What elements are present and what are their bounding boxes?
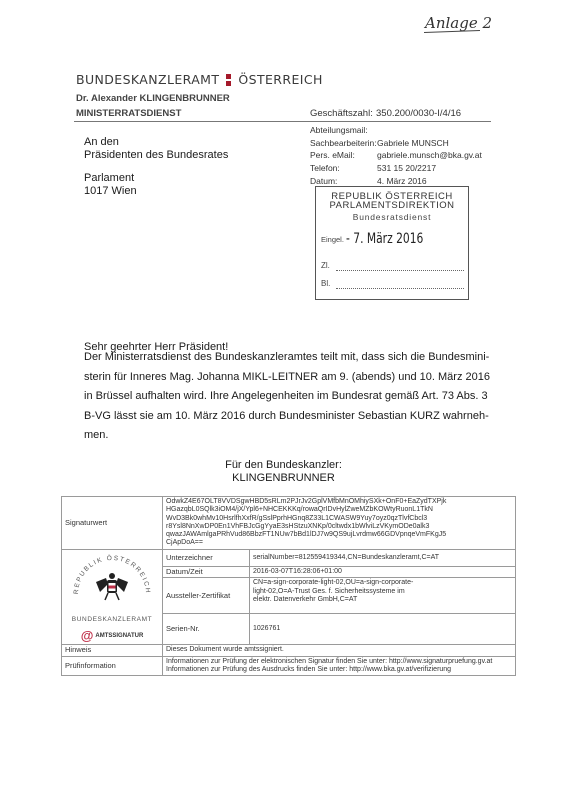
- contact-label: Sachbearbeiterin:: [310, 138, 377, 148]
- contact-row: Pers. eMail: gabriele.munsch@bka.gv.at: [310, 149, 482, 162]
- signature-for: Für den Bundeskanzler:: [0, 459, 567, 472]
- contact-label: Datum:: [310, 176, 377, 186]
- unterzeichner-label: Unterzeichner: [163, 549, 250, 566]
- brand-colon-icon: [226, 74, 231, 86]
- stamp-bl-line: [336, 288, 464, 289]
- contact-email: gabriele.munsch@bka.gv.at: [377, 150, 482, 160]
- body-line: men.: [84, 426, 508, 446]
- table-row: REPUBLIK ÖSTERREICH BUNDESKANZLERAMT @ A…: [62, 549, 516, 566]
- receipt-stamp: REPUBLIK ÖSTERREICH PARLAMENTSDIREKTION …: [315, 186, 469, 300]
- letter-date: 4. März 2016: [377, 176, 427, 186]
- contact-row: Telefon: 531 15 20/2217: [310, 162, 482, 175]
- seal-cell: REPUBLIK ÖSTERREICH BUNDESKANZLERAMT @ A…: [62, 549, 163, 645]
- signature-table: Signaturwert OdwkZ4E67OLT8VVDSgwHBD5sRLm…: [61, 496, 516, 676]
- hinweis-label: Hinweis: [62, 645, 163, 656]
- signaturwert-line: OdwkZ4E67OLT8VVDSgwHBD5sRLm2PJrJv2GplVMf…: [166, 498, 512, 506]
- stamp-received-label: Eingel.: [321, 235, 344, 244]
- brand-left: BUNDESKANZLERAMT: [76, 72, 219, 87]
- body-line: in Brüssel aufhalten wird. Ihre Angelege…: [84, 387, 508, 407]
- stamp-bl-label: Bl.: [321, 279, 330, 288]
- signaturwert-value: OdwkZ4E67OLT8VVDSgwHBD5sRLm2PJrJv2GplVMf…: [163, 497, 516, 550]
- recipient-line: Präsidenten des Bundesrates: [84, 149, 228, 162]
- unterzeichner-value: serialNumber=812559419344,CN=Bundeskanzl…: [250, 549, 516, 566]
- letterhead-brand: BUNDESKANZLERAMT ÖSTERREICH: [76, 72, 323, 87]
- datum-zeit-label: Datum/Zeit: [163, 567, 250, 578]
- letter-body: Der Ministerratsdienst des Bundeskanzler…: [84, 348, 508, 446]
- signature-block: Für den Bundeskanzler: KLINGENBRUNNER: [0, 459, 567, 484]
- seal-name: BUNDESKANZLERAMT: [62, 616, 162, 624]
- signature-name: KLINGENBRUNNER: [0, 472, 567, 485]
- table-row: Signaturwert OdwkZ4E67OLT8VVDSgwHBD5sRLm…: [62, 497, 516, 550]
- signaturwert-label: Signaturwert: [62, 497, 163, 550]
- stamp-received-date: - 7. März 2016: [346, 231, 423, 247]
- brand-right: ÖSTERREICH: [238, 72, 322, 87]
- datum-zeit-value: 2016-03-07T16:28:06+01:00: [250, 567, 516, 578]
- contact-row: Abteilungsmail:: [310, 124, 482, 137]
- stamp-line: PARLAMENTSDIREKTION: [316, 201, 468, 210]
- stamp-subtitle: Bundesratsdienst: [316, 212, 468, 222]
- aussteller-label: Aussteller-Zertifikat: [163, 578, 250, 613]
- recipient-line: 1017 Wien: [84, 185, 228, 198]
- body-line: B-VG lässt sie am 10. März 2016 durch Bu…: [84, 407, 508, 427]
- austrian-eagle-seal-icon: REPUBLIK ÖSTERREICH: [68, 552, 156, 612]
- reference-label: Geschäftszahl:: [310, 108, 373, 119]
- hinweis-value: Dieses Dokument wurde amtssigniert.: [163, 645, 516, 656]
- signaturwert-line: WvD3Bk0whMv10HsrlfhXxfR/gSslPprhHGnq8Z33…: [166, 515, 512, 523]
- amtssignatur-label: AMTSSIGNATUR: [95, 632, 143, 640]
- contact-phone: 531 15 20/2217: [377, 163, 436, 173]
- body-line: sterin für Inneres Mag. Johanna MIKL-LEI…: [84, 368, 508, 388]
- recipient-line: An den: [84, 136, 228, 149]
- body-line: Der Ministerratsdienst des Bundeskanzler…: [84, 348, 508, 368]
- recipient-address: An den Präsidenten des Bundesrates Parla…: [84, 136, 228, 197]
- stamp-zl-line: [336, 270, 464, 271]
- pruefinformation-label: Prüfinformation: [62, 656, 163, 676]
- contact-label: Abteilungsmail:: [310, 125, 377, 135]
- contact-label: Pers. eMail:: [310, 150, 377, 160]
- contact-row: Sachbearbeiterin: Gabriele MUNSCH: [310, 137, 482, 150]
- at-sign-icon: @: [81, 630, 94, 642]
- amtssignatur-logo: @ AMTSSIGNATUR: [62, 630, 162, 642]
- header-divider: [74, 121, 491, 122]
- contact-label: Telefon:: [310, 163, 377, 173]
- table-row: Hinweis Dieses Dokument wurde amtssignie…: [62, 645, 516, 656]
- signaturwert-line: qwazJAWAmlgaPRhVud86BbzFT1NUw7bBd1lDJ7w9…: [166, 531, 512, 539]
- pruef-printout-link[interactable]: Informationen zur Prüfung des Ausdrucks …: [166, 666, 512, 674]
- aussteller-value: CN=a-sign-corporate-light-02,OU=a-sign-c…: [250, 578, 516, 613]
- signaturwert-line: r8Ysl8NnXwDP0En1VhFBJcGgYyaE3sHStzuXNKp/…: [166, 523, 512, 531]
- pruefinformation-value: Informationen zur Prüfung der elektronis…: [163, 656, 516, 676]
- department: MINISTERRATSDIENST: [76, 108, 181, 119]
- stamp-zl-label: Zl.: [321, 261, 330, 270]
- table-row: Prüfinformation Informationen zur Prüfun…: [62, 656, 516, 676]
- signaturwert-line: CjApDoA==: [166, 539, 512, 547]
- serien-nr-value: 1026761: [250, 613, 516, 644]
- handwritten-annotation: Anlage 2: [425, 14, 492, 32]
- stamp-title: REPUBLIK ÖSTERREICH PARLAMENTSDIREKTION: [316, 192, 468, 210]
- reference-number: 350.200/0030-I/4/16: [376, 108, 461, 119]
- contact-block: Abteilungsmail: Sachbearbeiterin: Gabrie…: [310, 124, 482, 187]
- contact-value: Gabriele MUNSCH: [377, 138, 449, 148]
- pruef-signature-link[interactable]: Informationen zur Prüfung der elektronis…: [166, 658, 512, 666]
- serien-nr-label: Serien-Nr.: [163, 613, 250, 644]
- sender-name: Dr. Alexander KLINGENBRUNNER: [76, 93, 230, 104]
- recipient-line: Parlament: [84, 172, 228, 185]
- signaturwert-line: HGazqbL0SQlk3iOM4/jX/Ypl6+NHCEKKKq/rowaQ…: [166, 506, 512, 514]
